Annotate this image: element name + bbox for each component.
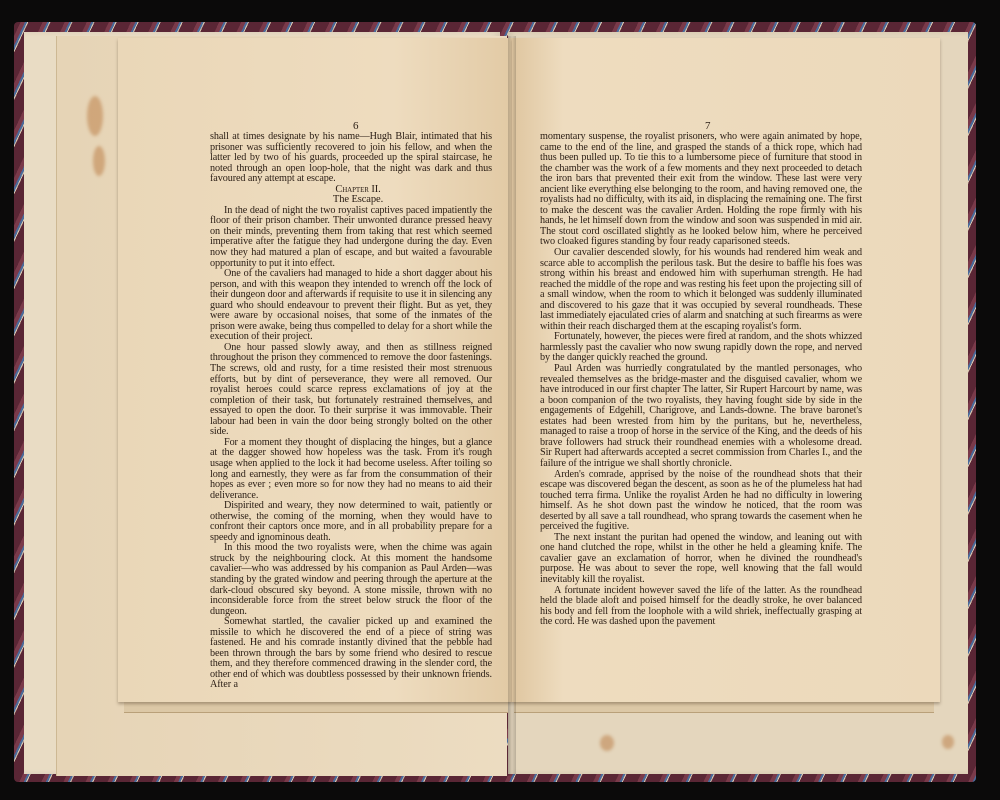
paragraph: Somewhat startled, the cavalier picked u… [210, 617, 492, 691]
paragraph: Paul Arden was hurriedly congratulated b… [540, 364, 862, 469]
right-page-text: momentary suspense, the royalist prisone… [540, 116, 862, 628]
paragraph: In this mood the two royalists were, whe… [210, 543, 492, 617]
paragraph: In the dead of night the two royalist ca… [210, 206, 492, 269]
paragraph: Arden's comrade, apprised by the noise o… [540, 470, 862, 533]
paragraph: Fortunately, however, the pieces were fi… [540, 332, 862, 364]
book-gutter [508, 36, 516, 776]
foxing-stain [942, 735, 954, 749]
left-page: 6 shall at times designate by his name—H… [118, 38, 512, 702]
paragraph: For a moment they thought of displacing … [210, 438, 492, 501]
foxing-stain [600, 735, 614, 751]
paragraph: shall at times designate by his name—Hug… [210, 132, 492, 185]
left-page-text: shall at times designate by his name—Hug… [210, 116, 492, 691]
paragraph: momentary suspense, the royalist prisone… [540, 132, 862, 248]
paragraph: The next instant the puritan had opened … [540, 533, 862, 586]
paragraph: Our cavalier descended slowly, for his w… [540, 248, 862, 332]
foxing-stain [87, 96, 103, 136]
paragraph: Dispirited and weary, they now determine… [210, 501, 492, 543]
right-page: 7 momentary suspense, the royalist priso… [512, 38, 940, 702]
foxing-stain [93, 146, 105, 176]
paragraph: One of the cavaliers had managed to hide… [210, 269, 492, 343]
paragraph: A fortunate incident however saved the l… [540, 586, 862, 628]
paragraph: One hour passed slowly away, and then as… [210, 343, 492, 438]
